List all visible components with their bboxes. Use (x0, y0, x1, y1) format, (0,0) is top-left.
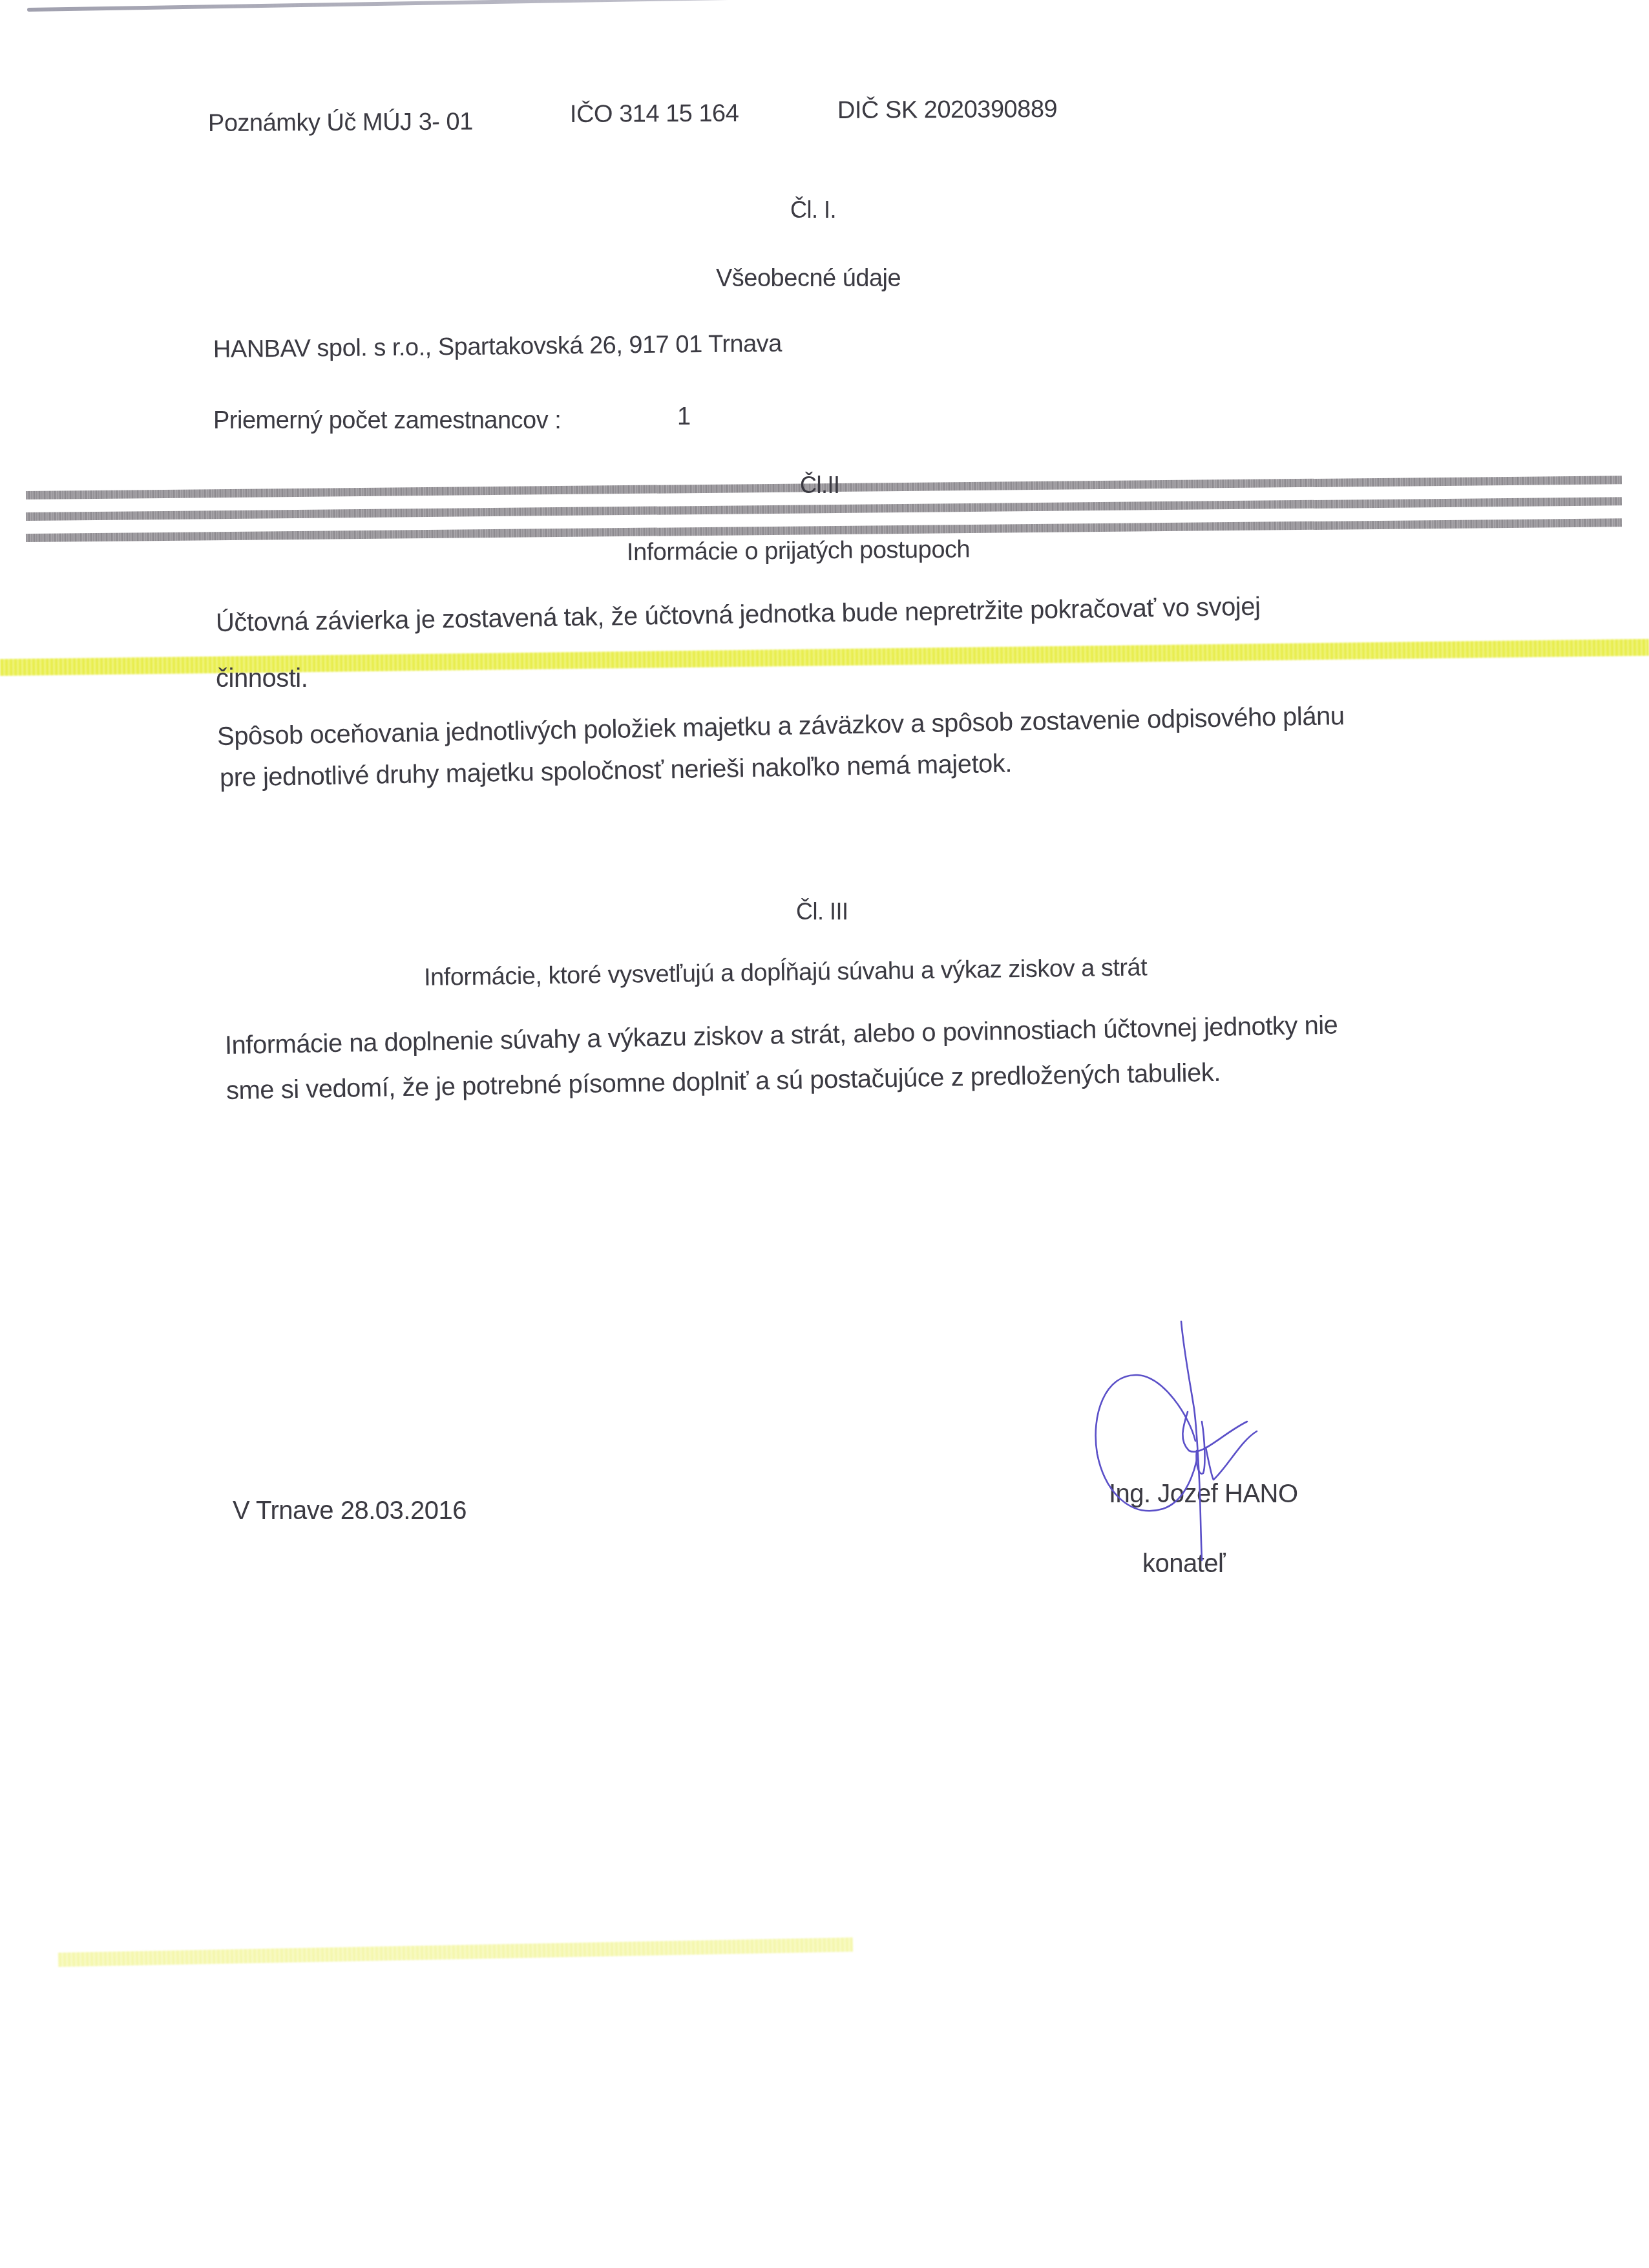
scan-artifact-bar (26, 497, 1622, 521)
section-2-paragraph-2-line-2: pre jednotlivé druhy majetku spoločnosť … (220, 750, 1013, 793)
highlighter-mark-faint (58, 1937, 853, 1967)
section-2-title: Informácie o prijatých postupoch (627, 536, 970, 567)
section-2-paragraph-2-line-1: Spôsob oceňovania jednotlivých položiek … (217, 702, 1345, 751)
section-1-title: Všeobecné údaje (716, 265, 901, 293)
section-3-paragraph-line-1: Informácie na doplnenie súvahy a výkazu … (225, 1011, 1338, 1060)
notes-label: Poznámky Úč MÚJ 3- 01 (208, 108, 473, 138)
section-2-paragraph-1-line-2: činnosti. (216, 664, 308, 693)
section-2-paragraph-1-line-1: Účtovná závierka je zostavená tak, že úč… (216, 593, 1261, 638)
handwritten-signature (1092, 1312, 1286, 1564)
section-1-number: Čl. I. (790, 196, 836, 224)
section-3-title: Informácie, ktoré vysvetľujú a dopĺňajú … (424, 954, 1148, 992)
scanned-document-page: Poznámky Úč MÚJ 3- 01 IČO 314 15 164 DIČ… (0, 0, 1649, 2268)
section-2-number: Čl.II (800, 472, 840, 499)
scan-artifact-line (27, 0, 945, 12)
ico-number: IČO 314 15 164 (570, 100, 739, 129)
section-3-number: Čl. III (796, 898, 848, 925)
section-3-paragraph-line-2: sme si vedomí, že je potrebné písomne do… (226, 1058, 1221, 1106)
dic-number: DIČ SK 2020390889 (837, 96, 1057, 125)
employees-label: Priemerný počet zamestnancov : (213, 407, 561, 435)
employees-value: 1 (677, 403, 691, 431)
company-address: HANBAV spol. s r.o., Spartakovská 26, 91… (213, 330, 782, 364)
place-and-date: V Trnave 28.03.2016 (233, 1496, 467, 1526)
